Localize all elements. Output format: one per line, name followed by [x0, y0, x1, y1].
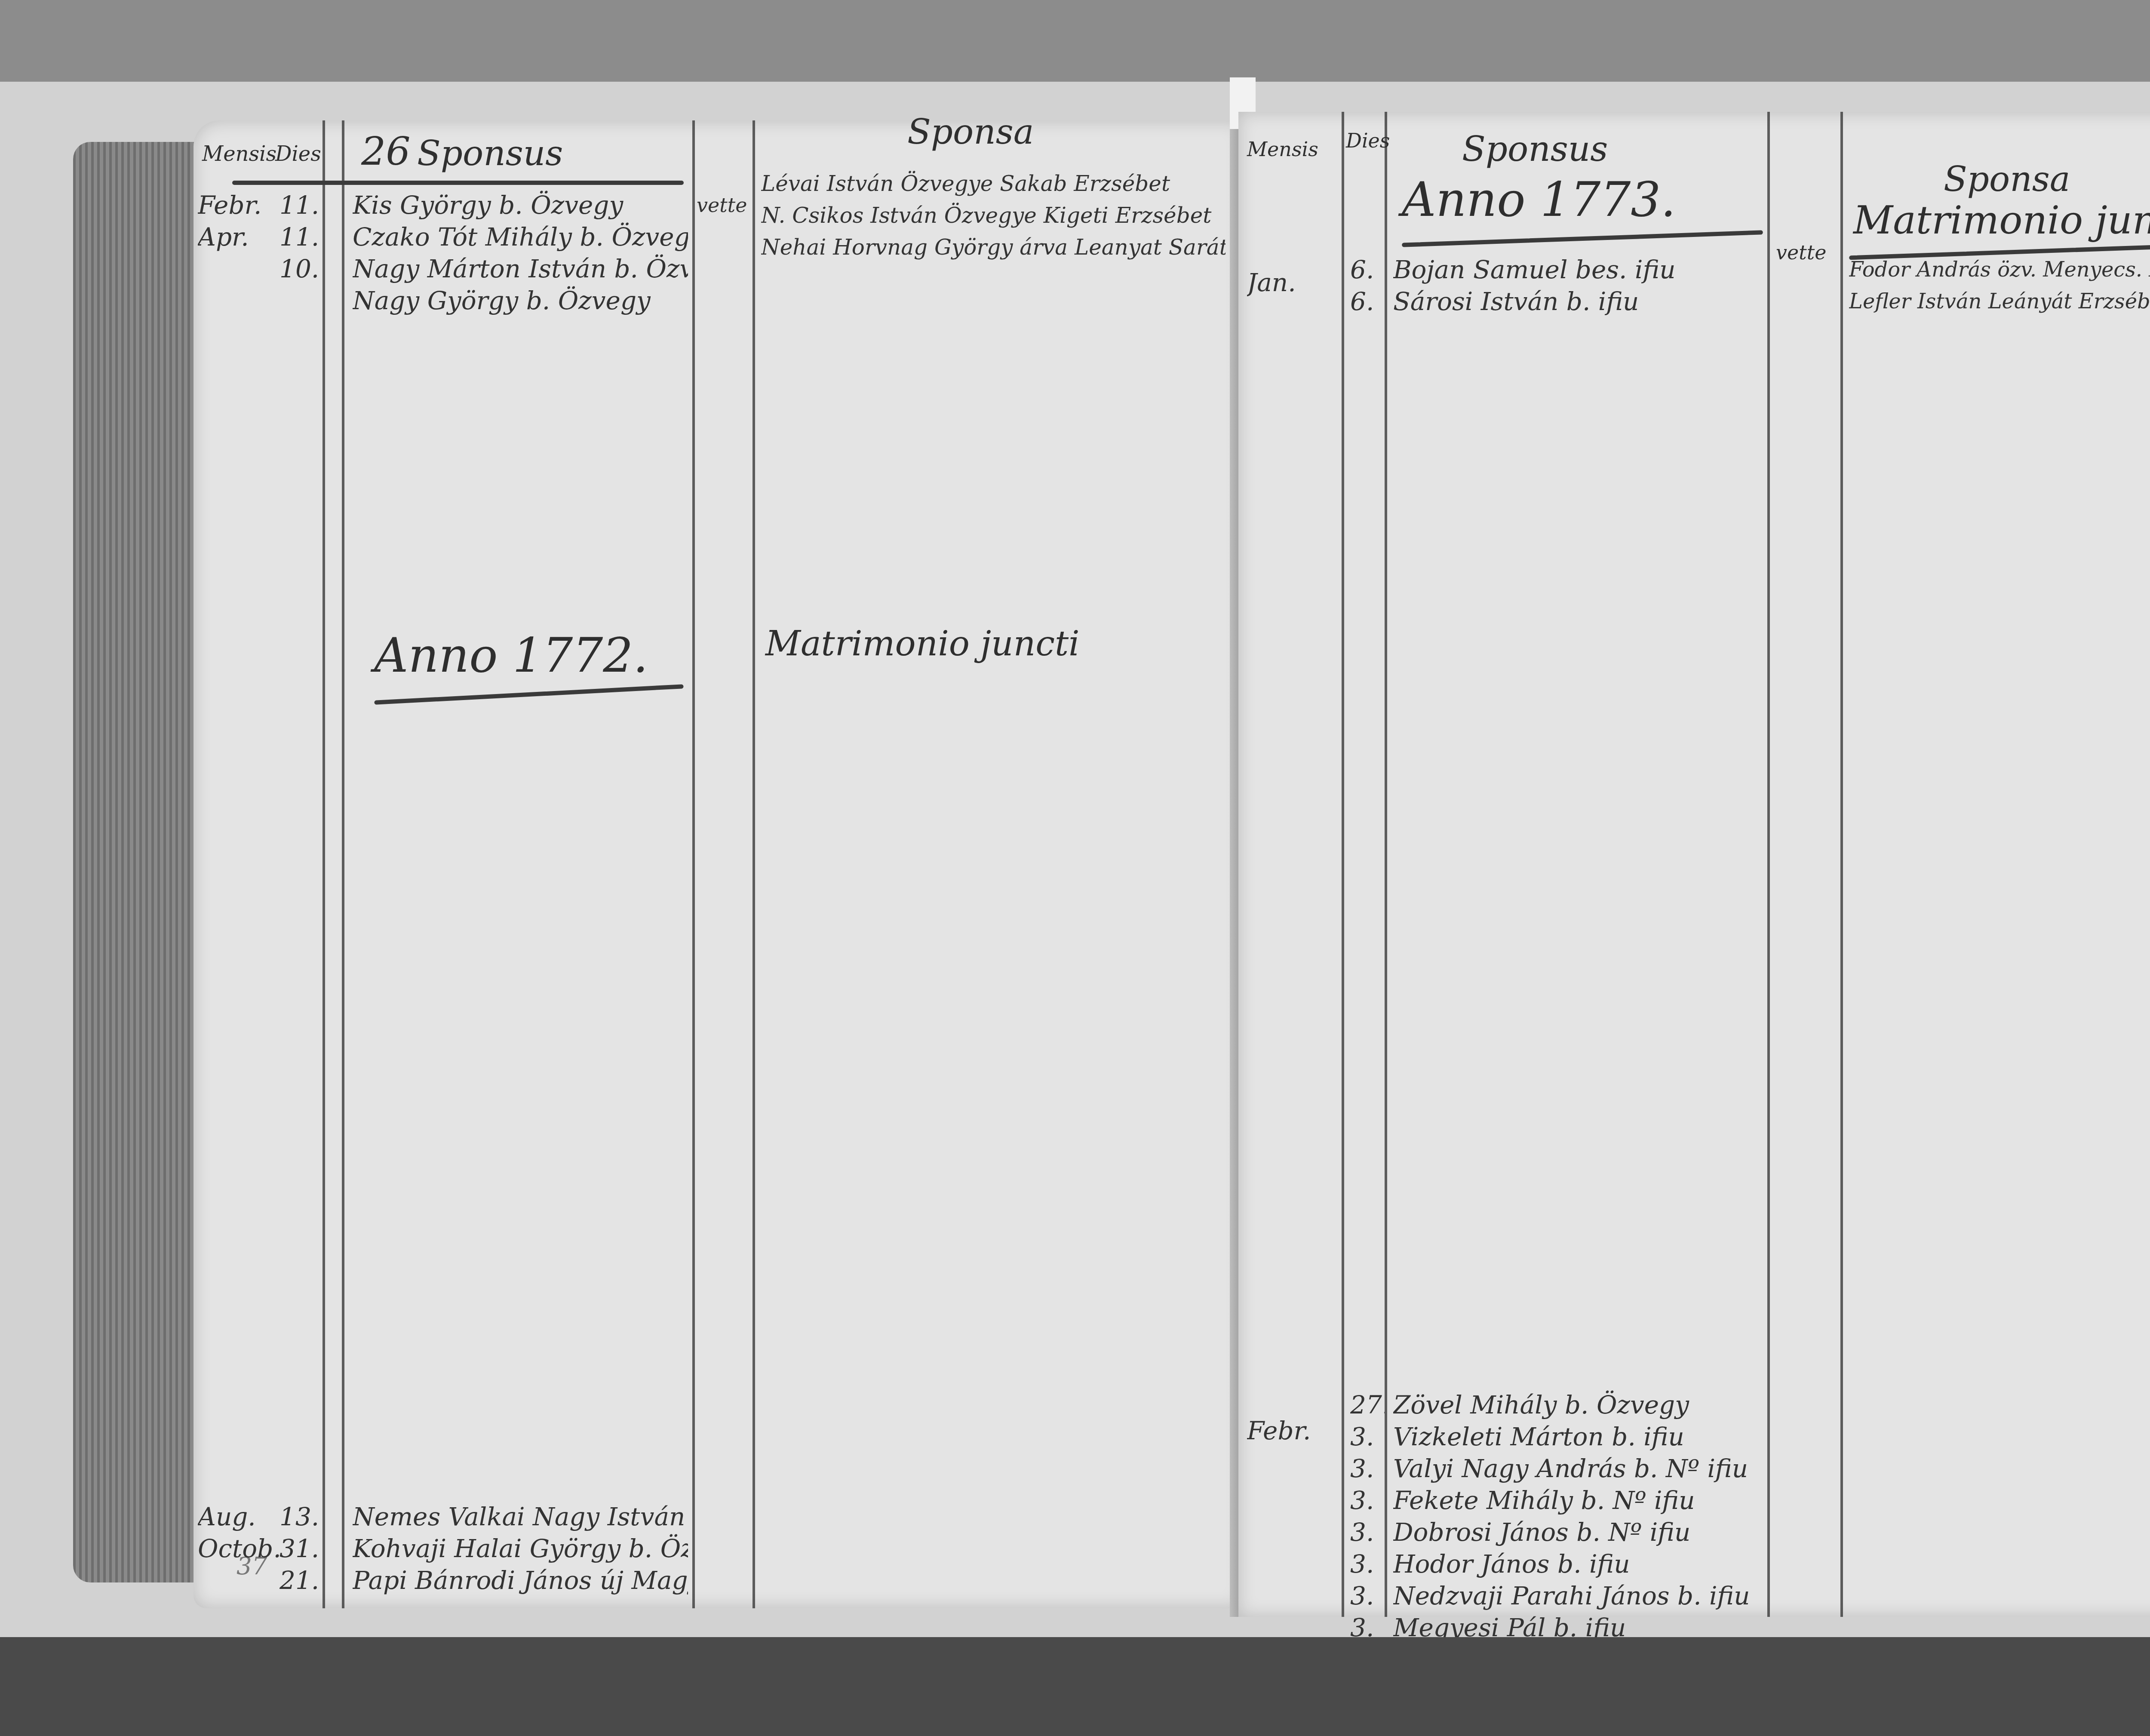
page-number: 26 [361, 129, 411, 174]
header-month: Mensis [202, 142, 276, 166]
entry-day: 11. [279, 221, 340, 253]
column-rule [1342, 112, 1344, 1617]
entry-day: 3. [1350, 1484, 1385, 1516]
entry-day: 3. [1350, 1453, 1385, 1484]
day-column-bottom: 13. 31. 21. [279, 1501, 340, 1596]
bride-column: Fodor András özv. Menyecs. Leányát Susan… [1849, 254, 2150, 317]
entry-groom: Valyi Nagy András b. Nº ifiu [1393, 1453, 1763, 1484]
entry-groom: Nagy Márton István b. Özvegy [353, 253, 688, 285]
day-column: 6. 6. [1350, 254, 1385, 317]
year-underline [374, 684, 684, 705]
entry-day: 3. [1350, 1548, 1385, 1580]
column-rule [1767, 112, 1770, 1617]
header-day: Dies [275, 142, 321, 166]
day-column-bottom: 27. 3. 3. 3. 3. 3. 3. 3. [1350, 1389, 1385, 1644]
bride-section-heading: Matrimonio juncti [1853, 198, 2150, 243]
entry-groom: Nagy György b. Özvegy [353, 285, 688, 316]
entry-day: 21. [279, 1564, 340, 1596]
month-column-bottom: Febr. [1247, 1415, 1337, 1447]
entry-month: Febr. [198, 189, 279, 221]
header-underline [232, 181, 684, 185]
entry-month: Jan. [1247, 267, 1337, 298]
right-page: Mensis Dies Sponsus Anno 1773. Sponsa Ma… [1238, 112, 2150, 1617]
day-column: 11. 11. 10. [279, 189, 340, 285]
header-bride: Sponsa [1944, 159, 2070, 199]
scan-bottom-border [0, 1637, 2150, 1736]
entry-day: 6. [1350, 254, 1385, 286]
book-page-edges-left [73, 142, 202, 1582]
entry-day: 13. [279, 1501, 340, 1533]
entry-groom: Nemes Valkai Nagy István b. özvegy [353, 1501, 688, 1533]
month-column: Jan. [1247, 267, 1337, 298]
groom-column: Bojan Samuel bes. ifiu Sárosi István b. … [1393, 254, 1763, 317]
entry-month: Febr. [1247, 1415, 1337, 1447]
entry-day: 3. [1350, 1580, 1385, 1612]
entry-day: 11. [279, 189, 340, 221]
column-rule [1385, 112, 1387, 1617]
entry-witness: vette [697, 189, 748, 221]
entry-groom: Nedzvaji Parahi János b. ifiu [1393, 1580, 1763, 1612]
column-rule [692, 120, 695, 1608]
entry-month: Apr. [198, 221, 279, 253]
column-rule [1840, 112, 1843, 1617]
entry-groom: Kohvaji Halai György b. Özvegy [353, 1533, 688, 1564]
year-heading: Anno 1773. [1402, 172, 1676, 227]
groom-column: Kis György b. Özvegy Czako Tót Mihály b.… [353, 189, 688, 316]
entry-groom: Czako Tót Mihály b. Özvegy [353, 221, 688, 253]
column-rule [322, 120, 325, 1608]
header-bride: Sponsa [907, 112, 1034, 152]
header-groom: Sponsus [417, 133, 563, 173]
margin-note: 37 [236, 1552, 267, 1580]
entry-groom: Kis György b. Özvegy [353, 189, 688, 221]
entry-groom: Sárosi István b. ifiu [1393, 286, 1763, 317]
column-rule [342, 120, 344, 1608]
entry-bride: Lefler István Leányát Erzsébetet [1849, 286, 2150, 317]
groom-column-bottom: Nemes Valkai Nagy István b. özvegy Kohva… [353, 1501, 688, 1596]
entry-groom: Bojan Samuel bes. ifiu [1393, 254, 1763, 286]
entry-bride: Fodor András özv. Menyecs. Leányát Susan… [1849, 254, 2150, 286]
entry-groom: Dobrosi János b. Nº ifiu [1393, 1516, 1763, 1548]
entry-groom: Papi Bánrodi János új Magyar [353, 1564, 688, 1596]
entry-bride: N. Csikos István Özvegye Kigeti Erzsébet [761, 200, 1225, 231]
entry-groom: Hodor János b. ifiu [1393, 1548, 1763, 1580]
bride-column: Lévai István Özvegye Sakab Erzsébet N. C… [761, 168, 1225, 263]
entry-day: 31. [279, 1533, 340, 1564]
entry-day: 6. [1350, 286, 1385, 317]
entry-day: 10. [279, 253, 340, 285]
entry-bride: Nehai Horvnag György árva Leanyat Sarát [761, 231, 1225, 263]
entry-groom: Fekete Mihály b. Nº ifiu [1393, 1484, 1763, 1516]
entry-groom: Zövel Mihály b. Özvegy [1393, 1389, 1763, 1421]
column-rule [752, 120, 755, 1608]
month-column: Febr. Apr. [198, 189, 279, 253]
witness-column: vette [697, 189, 748, 221]
entry-bride: Lévai István Özvegye Sakab Erzsébet [761, 168, 1225, 200]
entry-day: 27. [1350, 1389, 1385, 1421]
entry-day: 3. [1350, 1421, 1385, 1453]
witness-column-label: vette [1776, 241, 1826, 264]
entry-day: 3. [1350, 1516, 1385, 1548]
groom-column-bottom: Zövel Mihály b. Özvegy Vizkeleti Márton … [1393, 1389, 1763, 1644]
year-underline [1402, 230, 1763, 247]
header-day: Dies [1346, 129, 1390, 152]
entry-groom: Vizkeleti Márton b. ifiu [1393, 1421, 1763, 1453]
scan-top-border [0, 0, 2150, 82]
bride-section-heading: Matrimonio juncti [765, 624, 1080, 664]
entry-month: Aug. [198, 1501, 279, 1533]
header-groom: Sponsus [1462, 129, 1608, 169]
year-heading: Anno 1772. [374, 628, 648, 683]
left-page: Mensis Dies 26 Sponsus Sponsa Febr. Apr.… [193, 120, 1243, 1608]
header-month: Mensis [1247, 138, 1318, 161]
